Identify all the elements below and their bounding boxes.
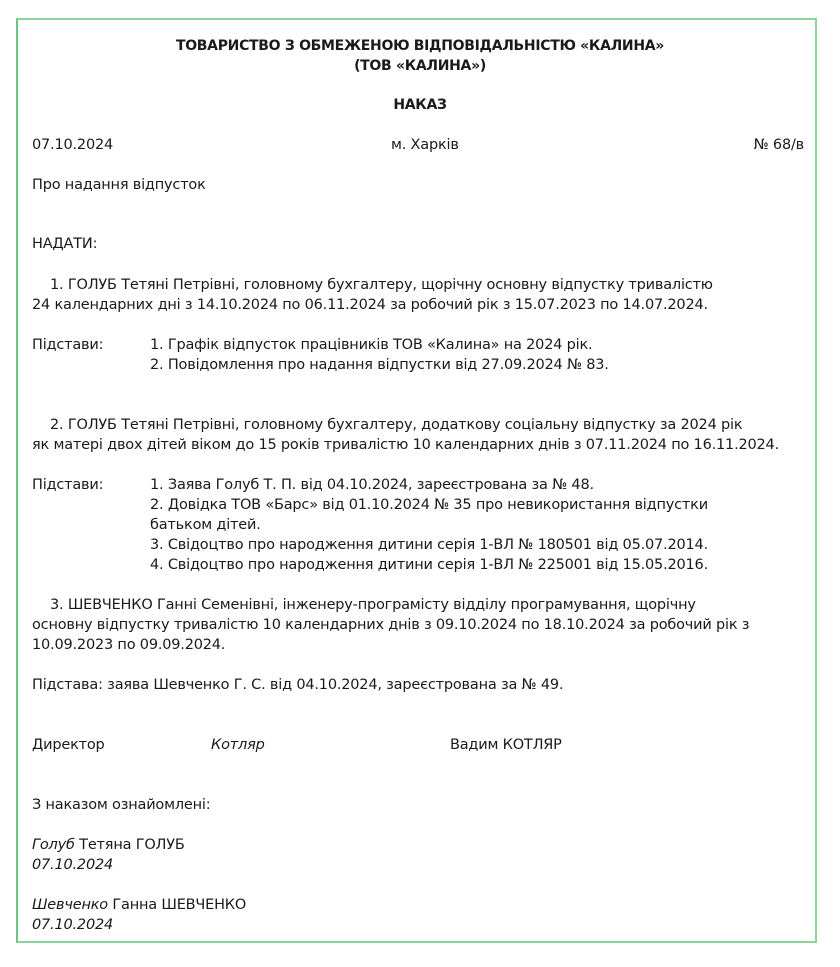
ack-1-date: 07.10.2024 — [32, 855, 113, 876]
ack-2-date: 07.10.2024 — [32, 915, 113, 936]
item-3-line-3: 10.09.2023 по 09.09.2024. — [32, 635, 225, 656]
item-2-basis-3: 3. Свідоцтво про народження дитини серія… — [150, 535, 708, 556]
ack-1-name: Тетяна ГОЛУБ — [79, 837, 184, 853]
signatory-position: Директор — [32, 735, 105, 756]
item-2-line-1: 2. ГОЛУБ Тетяні Петрівні, головному бухг… — [50, 415, 742, 436]
item-1-basis-2: 2. Повідомлення про надання відпустки ві… — [150, 355, 609, 376]
item-2-basis-1: 1. Заява Голуб Т. П. від 04.10.2024, зар… — [150, 475, 594, 496]
ack-1-sign: Голуб — [32, 837, 75, 853]
ack-1-line: Голуб Тетяна ГОЛУБ — [32, 835, 185, 856]
org-full-name: ТОВАРИСТВО З ОБМЕЖЕНОЮ ВІДПОВІДАЛЬНІСТЮ … — [0, 36, 840, 57]
item-2-basis-2-cont: батьком дітей. — [150, 515, 261, 536]
doc-number: № 68/в — [754, 135, 804, 156]
doc-city: м. Харків — [391, 135, 459, 156]
doc-subject: Про надання відпусток — [32, 175, 206, 196]
item-2-basis-label: Підстави: — [32, 475, 103, 496]
item-3-basis: Підстава: заява Шевченко Г. С. від 04.10… — [32, 675, 563, 696]
item-1-basis-label: Підстави: — [32, 335, 103, 356]
org-short-name: (ТОВ «КАЛИНА») — [0, 56, 840, 77]
ack-2-line: Шевченко Ганна ШЕВЧЕНКО — [32, 895, 246, 916]
doc-date: 07.10.2024 — [32, 135, 113, 156]
ack-2-name: Ганна ШЕВЧЕНКО — [112, 897, 246, 913]
item-1-basis-1: 1. Графік відпусток працівників ТОВ «Кал… — [150, 335, 592, 356]
item-1-line-2: 24 календарних дні з 14.10.2024 по 06.11… — [32, 295, 708, 316]
ack-2-sign: Шевченко — [32, 897, 108, 913]
item-2-basis-2: 2. Довідка ТОВ «Барс» від 01.10.2024 № 3… — [150, 495, 708, 516]
signatory-sign: Котляр — [211, 735, 265, 756]
item-2-line-2: як матері двох дітей віком до 15 років т… — [32, 435, 779, 456]
acknowledged-label: З наказом ознайомлені: — [32, 795, 210, 816]
item-1-line-1: 1. ГОЛУБ Тетяні Петрівні, головному бухг… — [50, 275, 713, 296]
directive: НАДАТИ: — [32, 234, 97, 255]
item-2-basis-4: 4. Свідоцтво про народження дитини серія… — [150, 555, 708, 576]
item-3-line-2: основну відпустку тривалістю 10 календар… — [32, 615, 749, 636]
doc-type-title: НАКАЗ — [0, 95, 840, 116]
item-3-line-1: 3. ШЕВЧЕНКО Ганні Семенівні, інженеру-пр… — [50, 595, 696, 616]
signatory-name: Вадим КОТЛЯР — [450, 735, 562, 756]
